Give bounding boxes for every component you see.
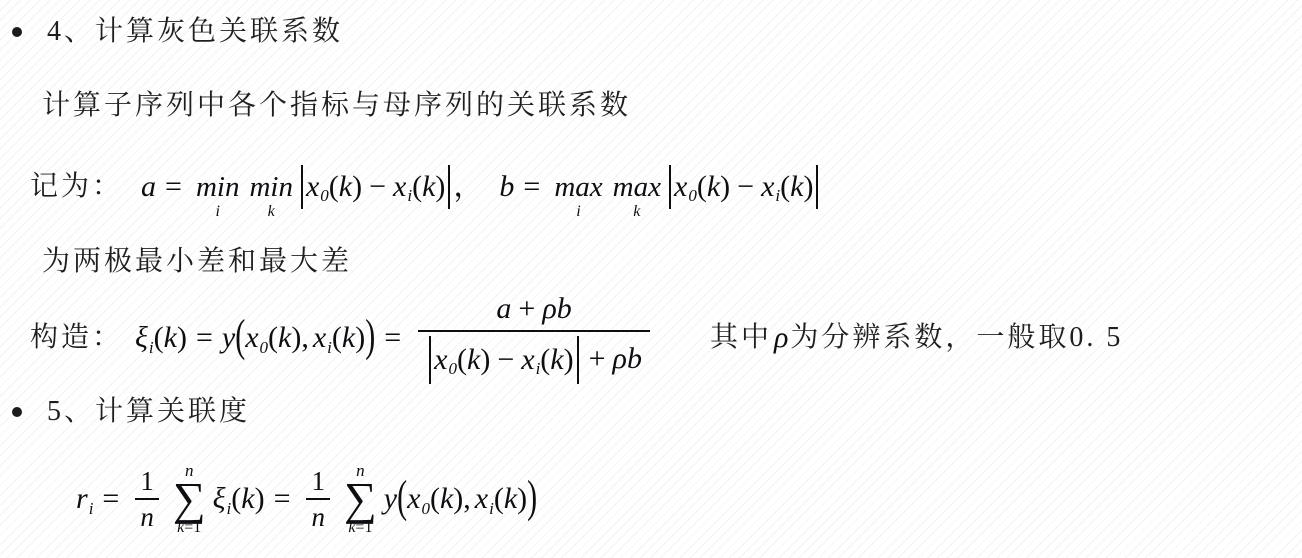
abs-bar — [669, 165, 671, 209]
summation: n ∑ k=1 — [173, 462, 206, 536]
var-a: a — [141, 162, 156, 212]
var-x: x — [245, 321, 258, 354]
item4-heading: 4、计算灰色关联系数 — [47, 14, 343, 50]
relational-degree-formula-row: ri = 1 n n ∑ k=1 ξi(k) = 1 n n ∑ k=1 y(x… — [76, 462, 537, 536]
var-y: y — [384, 482, 397, 515]
sum-lower-limit: k=1 — [177, 520, 201, 536]
number-one: 1 — [140, 467, 154, 495]
x0k-minus-xik: x0(k)−xi(k) — [306, 162, 445, 212]
rparen: ) — [564, 343, 574, 376]
rho-symbol: ρ — [774, 321, 788, 355]
rparen: ) — [355, 321, 365, 354]
min-operator: min — [196, 173, 240, 202]
fraction-numerator: a+ρb — [488, 292, 579, 327]
slide: 4、计算灰色关联系数 计算子序列中各个指标与母序列的关联系数 记为： a = m… — [0, 0, 1302, 558]
subscript-0: 0 — [448, 359, 457, 378]
arg-comma: , — [301, 321, 309, 354]
var-r: r — [76, 482, 88, 515]
var-k: k — [339, 170, 352, 203]
sigma-icon: ∑ — [173, 479, 206, 519]
rparen: ) — [291, 321, 301, 354]
denote-label: 记为： — [30, 169, 123, 205]
sigma-icon: ∑ — [344, 479, 377, 519]
fraction-bar — [418, 330, 650, 332]
var-k: k — [504, 482, 517, 515]
note-before-rho: 其中 — [710, 320, 772, 356]
limit-i: i — [215, 204, 219, 220]
sum-lower-limit: k=1 — [348, 520, 372, 536]
item5-heading: 5、计算关联度 — [47, 394, 250, 430]
x0k-minus-xik: x0(k)−xi(k) — [434, 335, 573, 385]
min-over-i: min i — [196, 173, 240, 220]
var-k: k — [241, 482, 254, 515]
equals-sign: = — [102, 474, 119, 524]
number-one: 1 — [311, 467, 325, 495]
limit-i: i — [576, 204, 580, 220]
var-x: x — [761, 170, 774, 203]
bullet-row-4: 4、计算灰色关联系数 — [12, 14, 343, 50]
rparen: ) — [720, 170, 730, 203]
y-of-args: y(x0(k),xi(k)) — [384, 474, 537, 524]
rparen: ) — [803, 170, 813, 203]
var-k: k — [422, 170, 435, 203]
fraction-bar — [306, 498, 330, 500]
max-over-i: max i — [554, 173, 602, 220]
extremes-line: 为两极最小差和最大差 — [42, 244, 352, 280]
minus-sign: − — [497, 343, 514, 376]
abs-bar — [301, 165, 303, 209]
rparen: ) — [177, 321, 187, 354]
var-x: x — [674, 170, 687, 203]
var-rho: ρ — [613, 342, 627, 377]
abs-bar — [577, 336, 579, 384]
lparen: ( — [329, 170, 339, 203]
r-sub-i: ri — [76, 474, 93, 524]
abs-group-min: x0(k)−xi(k) — [298, 162, 453, 212]
xi-i-of-k: ξi(k) — [213, 474, 265, 524]
var-k: k — [467, 343, 480, 376]
lparen: ( — [412, 170, 422, 203]
rparen: ) — [517, 482, 527, 515]
var-x: x — [475, 482, 488, 515]
y-of-args: y(x0(k),xi(k)) — [222, 313, 375, 363]
lparen: ( — [457, 343, 467, 376]
abs-bar — [816, 165, 818, 209]
var-x: x — [434, 343, 447, 376]
var-n: n — [311, 503, 325, 531]
lparen: ( — [697, 170, 707, 203]
lparen: ( — [154, 321, 164, 354]
subscript-0: 0 — [688, 186, 697, 205]
separator-comma: ， — [453, 162, 483, 212]
var-xi: ξ — [213, 482, 226, 515]
subseq-line: 计算子序列中各个指标与母序列的关联系数 — [42, 88, 631, 124]
var-rho: ρ — [542, 292, 556, 327]
equals-sign: = — [274, 474, 291, 524]
var-x: x — [313, 321, 326, 354]
var-x: x — [306, 170, 319, 203]
plus-sign: + — [589, 342, 606, 377]
extremes-line-row: 为两极最小差和最大差 — [42, 244, 352, 280]
max-over-k: max k — [613, 173, 661, 220]
lparen: ( — [231, 482, 241, 515]
var-k: k — [164, 321, 177, 354]
max-operator: max — [554, 173, 602, 202]
var-xi: ξ — [135, 321, 148, 354]
var-k: k — [550, 343, 563, 376]
var-x: x — [393, 170, 406, 203]
one-over-n-fraction: 1 n — [306, 467, 330, 532]
min-over-k: min k — [249, 173, 293, 220]
rparen: ) — [255, 482, 265, 515]
lparen: ( — [494, 482, 504, 515]
subscript-i: i — [89, 499, 94, 518]
var-a: a — [496, 292, 511, 327]
fraction-denominator: n — [306, 503, 330, 531]
big-rparen: ) — [527, 460, 537, 535]
denote-formula-row: 记为： a = min i min k x0(k)−xi(k) ， b = ma… — [30, 162, 821, 212]
var-b: b — [627, 342, 642, 377]
abs-group-denominator: x0(k)−xi(k) — [426, 335, 581, 385]
fraction-numerator: 1 — [135, 467, 159, 495]
subscript-0: 0 — [421, 499, 430, 518]
var-b: b — [499, 162, 514, 212]
rparen: ) — [480, 343, 490, 376]
bullet-icon — [12, 407, 22, 417]
abs-group-max: x0(k)−xi(k) — [666, 162, 821, 212]
minus-sign: − — [737, 170, 754, 203]
lparen: ( — [268, 321, 278, 354]
lparen: ( — [430, 482, 440, 515]
bullet-icon — [12, 27, 22, 37]
rho-note: 其中ρ为分辨系数，一般取0. 5 — [710, 320, 1123, 356]
xi-i-of-k: ξi(k) — [135, 313, 187, 363]
abs-bar — [448, 165, 450, 209]
var-k: k — [342, 321, 355, 354]
rparen: ) — [352, 170, 362, 203]
var-x: x — [407, 482, 420, 515]
var-k: k — [440, 482, 453, 515]
var-k: k — [790, 170, 803, 203]
main-fraction: a+ρb x0(k)−xi(k) +ρb — [418, 292, 650, 385]
construct-formula-row: 构造： ξi(k) = y(x0(k),xi(k)) = a+ρb x0(k)−… — [30, 292, 1123, 385]
fraction-bar — [135, 498, 159, 500]
bullet-row-5: 5、计算关联度 — [12, 394, 250, 430]
limit-eq-1: =1 — [184, 519, 201, 536]
equals-sign: = — [196, 313, 213, 363]
summation: n ∑ k=1 — [344, 462, 377, 536]
big-lparen: ( — [397, 460, 407, 535]
minus-sign: − — [369, 170, 386, 203]
note-after-rho: 为分辨系数，一般取0. 5 — [790, 320, 1123, 356]
fraction-denominator: n — [135, 503, 159, 531]
lparen: ( — [332, 321, 342, 354]
big-lparen: ( — [235, 300, 245, 375]
arg-comma: , — [463, 482, 471, 515]
abs-bar — [429, 336, 431, 384]
lparen: ( — [540, 343, 550, 376]
var-x: x — [521, 343, 534, 376]
var-b: b — [557, 292, 572, 327]
rparen: ) — [435, 170, 445, 203]
fraction-numerator: 1 — [306, 467, 330, 495]
subscript-0: 0 — [260, 338, 269, 357]
limit-k: k — [633, 204, 640, 220]
var-n: n — [140, 503, 154, 531]
equals-sign: = — [165, 162, 182, 212]
subscript-0: 0 — [320, 186, 329, 205]
limit-eq-1: =1 — [355, 519, 372, 536]
rparen: ) — [453, 482, 463, 515]
lparen: ( — [780, 170, 790, 203]
plus-sign: + — [518, 292, 535, 327]
var-k: k — [278, 321, 291, 354]
max-operator: max — [613, 173, 661, 202]
one-over-n-fraction: 1 n — [135, 467, 159, 532]
equals-sign: = — [384, 313, 401, 363]
limit-k: k — [268, 204, 275, 220]
construct-label: 构造： — [30, 320, 123, 356]
min-operator: min — [249, 173, 293, 202]
var-y: y — [222, 321, 235, 354]
subseq-line-row: 计算子序列中各个指标与母序列的关联系数 — [42, 88, 631, 124]
x0k-minus-xik: x0(k)−xi(k) — [674, 162, 813, 212]
big-rparen: ) — [365, 300, 375, 375]
equals-sign: = — [523, 162, 540, 212]
var-k: k — [707, 170, 720, 203]
fraction-denominator: x0(k)−xi(k) +ρb — [418, 335, 650, 385]
